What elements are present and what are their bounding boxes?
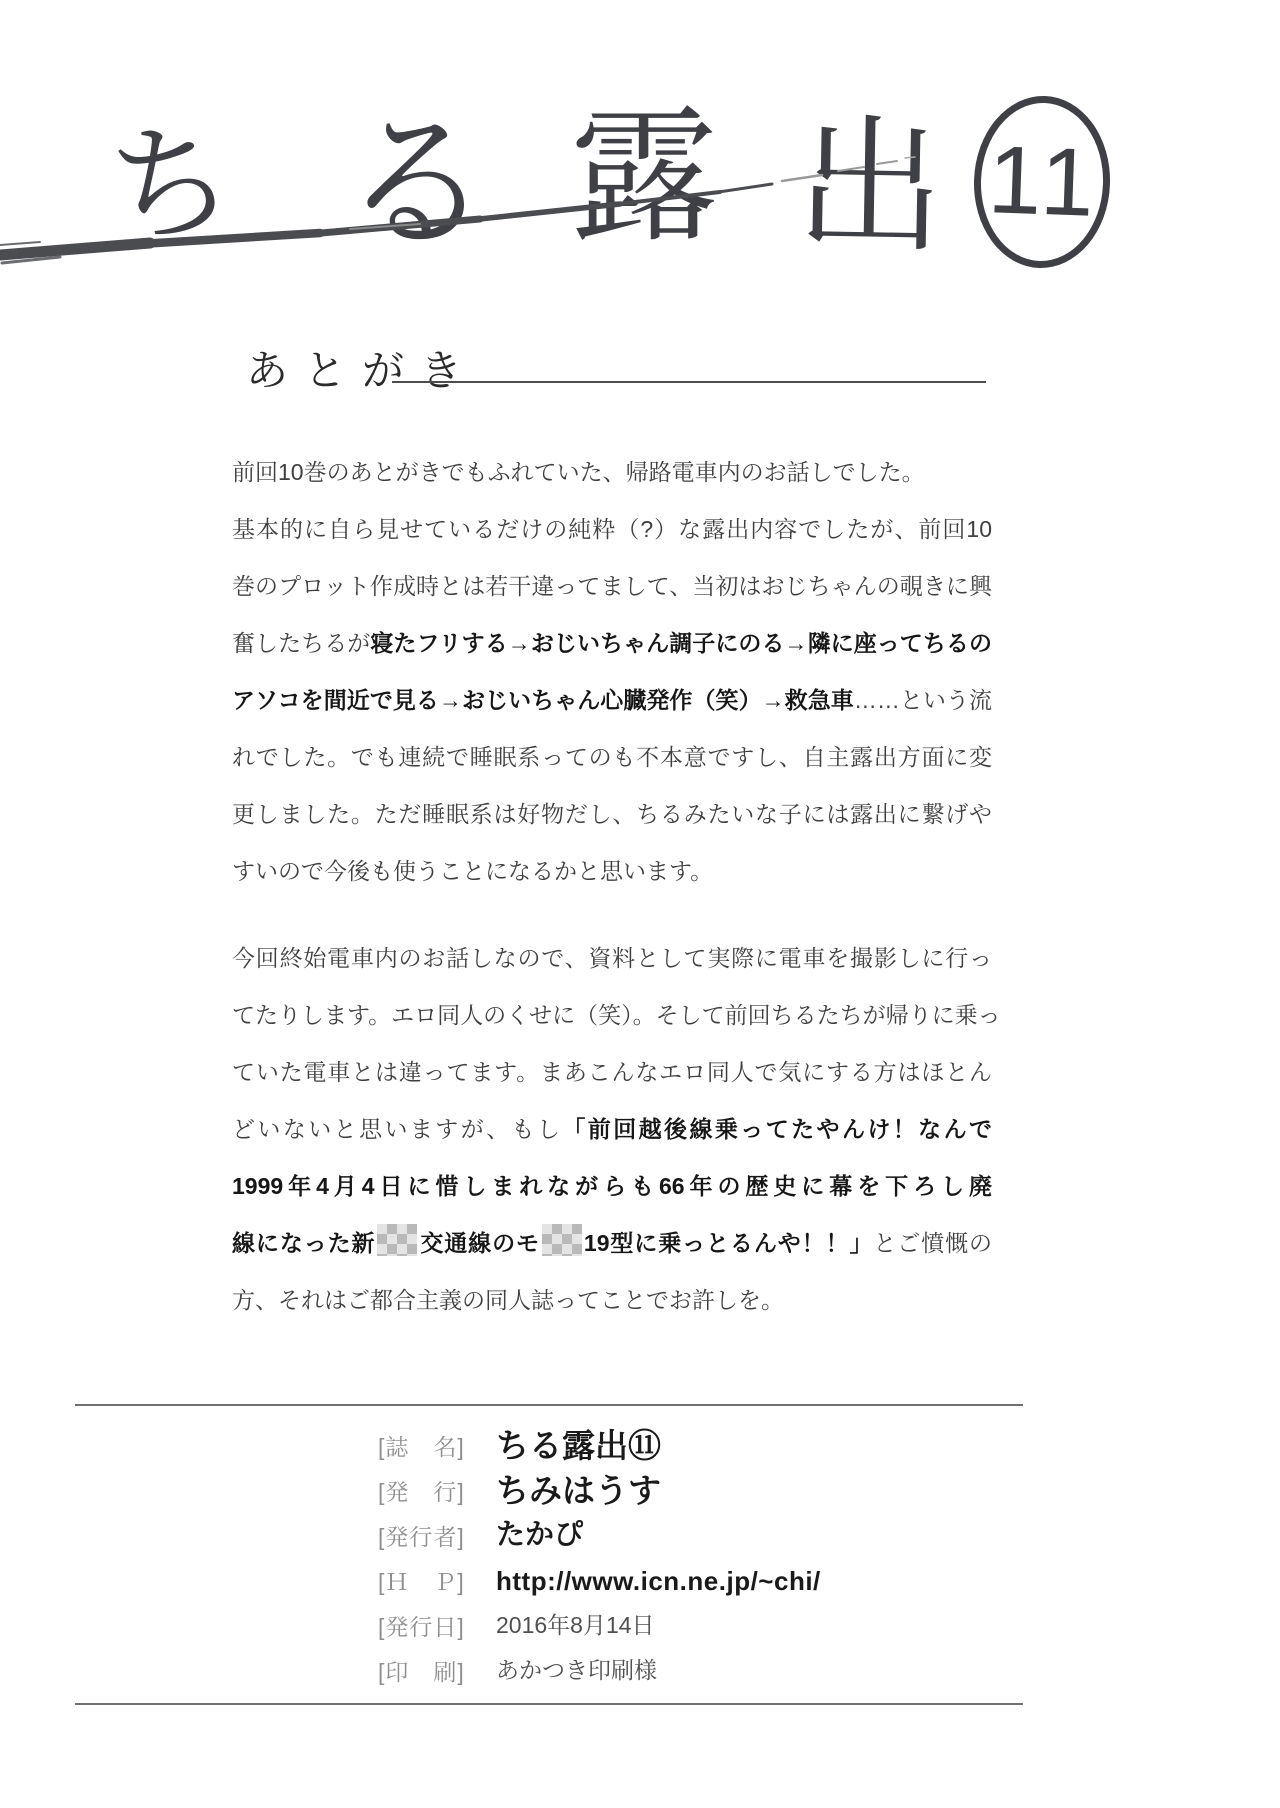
colophon-label: [印 刷] (378, 1654, 482, 1687)
text-line: 今回終始電車内のお話しなので、資料として実際に電車を撮影しに行っ (232, 930, 992, 987)
text-run: 19型に乗っとるんや！！」 (584, 1230, 873, 1256)
text-run: 奮したちるが (232, 630, 370, 656)
brush-stroke-decoration (0, 145, 920, 265)
text-run: どいないと思いますが、もし (232, 1116, 562, 1142)
text-run: ていた電車とは違ってます。まあこんなエロ同人で気にする方はほとん (232, 1059, 992, 1085)
text-run: すいので今後も使うことになるかと思います。 (232, 858, 713, 884)
text-run: 1999年4月4日に惜しまれながらも66年の歴史に幕を下ろし廃 (232, 1173, 992, 1199)
text-run: 基本的に自ら見せているだけの純粋（?）な露出内容でしたが、前回10 (232, 516, 992, 542)
text-line: 線になった新交通線のモ19型に乗っとるんや！！」とご憤慨の (232, 1215, 992, 1272)
text-run: 「前回越後線乗ってたやんけ！なんで (562, 1116, 992, 1142)
text-run: 寝たフリする→おじいちゃん調子にのる→隣に座ってちるの (370, 630, 992, 656)
text-line: 1999年4月4日に惜しまれながらも66年の歴史に幕を下ろし廃 (232, 1158, 992, 1215)
colophon-label: [発 行] (378, 1474, 482, 1507)
colophon-row: [発行日]2016年8月14日 (378, 1603, 1023, 1648)
colophon-row: [発 行]ちみはうす (378, 1468, 1023, 1513)
colophon-row: [誌 名]ちる露出⑪ (378, 1423, 1023, 1468)
text-line: 更しました。ただ睡眠系は好物だし、ちるみたいな子には露出に繋げや (232, 786, 992, 843)
text-line: 奮したちるが寝たフリする→おじいちゃん調子にのる→隣に座ってちるの (232, 615, 992, 672)
text-run: とご憤慨の (873, 1230, 992, 1256)
text-run: 更しました。ただ睡眠系は好物だし、ちるみたいな子には露出に繋げや (232, 801, 992, 827)
text-run: 前回10巻のあとがきでもふれていた、帰路電車内のお話しでした。 (232, 459, 925, 485)
paragraph: 前回10巻のあとがきでもふれていた、帰路電車内のお話しでした。基本的に自ら見せて… (232, 444, 992, 900)
text-line: 基本的に自ら見せているだけの純粋（?）な露出内容でしたが、前回10 (232, 501, 992, 558)
text-run: 方、それはご都合主義の同人誌ってことでお許しを。 (232, 1287, 784, 1313)
text-line: てたりします。エロ同人のくせに（笑）。そして前回ちるたちが帰りに乗っ (232, 987, 992, 1044)
colophon-value: http://www.icn.ne.jp/~chi/ (496, 1568, 821, 1594)
text-run: 今回終始電車内のお話しなので、資料として実際に電車を撮影しに行っ (232, 945, 992, 971)
text-line: アソコを間近で見る→おじいちゃん心臓発作（笑）→救急車……という流 (232, 672, 992, 729)
body-text: 前回10巻のあとがきでもふれていた、帰路電車内のお話しでした。基本的に自ら見せて… (232, 444, 992, 1329)
colophon-value: 2016年8月14日 (496, 1614, 655, 1637)
mosaic-censor (542, 1224, 582, 1256)
colophon-label: [発行日] (378, 1609, 482, 1642)
colophon-label: [発行者] (378, 1519, 482, 1552)
afterword-page: ち る 露 出 11 あとがき 前回10巻のあとがきでもふれていた、帰路電車内の… (0, 0, 1280, 1808)
text-line: 前回10巻のあとがきでもふれていた、帰路電車内のお話しでした。 (232, 444, 992, 501)
colophon-value: ちみはうす (496, 1474, 661, 1507)
text-run: アソコを間近で見る→おじいちゃん心臓発作（笑）→救急車 (232, 687, 854, 713)
text-line: れでした。でも連続で睡眠系ってのも不本意ですし、自主露出方面に変 (232, 729, 992, 786)
text-run: てたりします。エロ同人のくせに（笑）。そして前回ちるたちが帰りに乗っ (232, 1002, 1001, 1028)
text-line: すいので今後も使うことになるかと思います。 (232, 843, 992, 900)
colophon-row: [発行者]たかぴ (378, 1513, 1023, 1558)
text-line: どいないと思いますが、もし「前回越後線乗ってたやんけ！なんで (232, 1101, 992, 1158)
text-line: ていた電車とは違ってます。まあこんなエロ同人で気にする方はほとん (232, 1044, 992, 1101)
colophon-label: [Ｈ Ｐ] (378, 1564, 482, 1597)
mosaic-censor (377, 1224, 417, 1256)
heading-rule (392, 381, 986, 383)
colophon-value: ちる露出⑪ (496, 1429, 661, 1462)
text-line: 巻のプロット作成時とは若干違ってまして、当初はおじちゃんの覗きに興 (232, 558, 992, 615)
paragraph: 今回終始電車内のお話しなので、資料として実際に電車を撮影しに行ってたりします。エ… (232, 930, 992, 1329)
colophon-row: [Ｈ Ｐ]http://www.icn.ne.jp/~chi/ (378, 1558, 1023, 1603)
text-run: ……という流 (854, 687, 992, 713)
colophon-value: たかぴ (496, 1521, 583, 1550)
colophon-label: [誌 名] (378, 1429, 482, 1462)
volume-badge: 11 (971, 94, 1113, 271)
colophon-rows: [誌 名]ちる露出⑪[発 行]ちみはうす[発行者]たかぴ[Ｈ Ｐ]http://… (75, 1406, 1023, 1693)
text-run: 巻のプロット作成時とは若干違ってまして、当初はおじちゃんの覗きに興 (232, 573, 992, 599)
colophon-row: [印 刷]あかつき印刷様 (378, 1648, 1023, 1693)
text-run: 交通線のモ (419, 1230, 539, 1256)
colophon-value: あかつき印刷様 (496, 1659, 657, 1682)
text-run: れでした。でも連続で睡眠系ってのも不本意ですし、自主露出方面に変 (232, 744, 992, 770)
colophon: [誌 名]ちる露出⑪[発 行]ちみはうす[発行者]たかぴ[Ｈ Ｐ]http://… (75, 1404, 1023, 1705)
afterword-heading: あとがき (246, 350, 478, 392)
text-run: 線になった新 (232, 1230, 375, 1256)
text-line: 方、それはご都合主義の同人誌ってことでお許しを。 (232, 1272, 992, 1329)
